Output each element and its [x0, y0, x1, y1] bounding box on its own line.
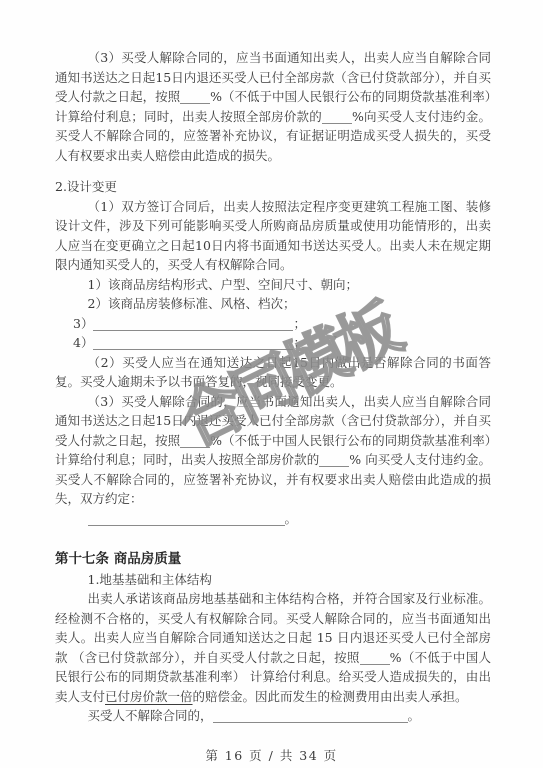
penalty-rate-blank — [322, 120, 352, 124]
no-rescind-blank — [213, 719, 408, 723]
clause-text: 买受人不解除合同的， — [88, 708, 213, 723]
compensation-underlined-text: 已付房价款一倍 — [105, 689, 193, 704]
list-item-blank-3: 3）； — [73, 314, 491, 334]
interest-rate-blank — [360, 661, 390, 665]
foundation-subheading: 1.地基基础和主体结构 — [55, 570, 491, 590]
contract-body: （3）买受人解除合同的，应当书面通知出卖人，出卖人应当自解除合同通知书送达之日起… — [55, 48, 491, 726]
agreement-blank — [88, 522, 285, 526]
list-item-punct: ； — [293, 335, 306, 350]
penalty-rate-blank — [319, 463, 349, 467]
foundation-quality-paragraph: 出卖人承诺该商品房地基基础和主体结构合格，并符合国家及行业标准。 经检测不合格的… — [55, 589, 491, 706]
clause3-refund-paragraph-2: （3）买受人解除合同的，应当书面通知出卖人，出卖人应当自解除合同通知书送达之日起… — [55, 392, 491, 509]
clause3-refund-paragraph: （3）买受人解除合同的，应当书面通知出卖人，出卖人应当自解除合同通知书送达之日起… — [55, 48, 491, 165]
fill-in-blank — [93, 327, 293, 331]
list-item-label: 3） — [73, 316, 93, 331]
clause2-reply-paragraph: （2）买受人应当在通知送达之日起15日内做出是否解除合同的书面答复。买受人逾期未… — [55, 353, 491, 392]
interest-rate-blank — [180, 444, 210, 448]
list-item-decoration: 2）该商品房装修标准、风格、档次； — [55, 294, 491, 314]
clause-text: 的赔偿金。因此而发生的检测费用由出卖人承担。 — [193, 689, 468, 704]
page-footer: 第 16 页 / 共 34 页 — [0, 746, 543, 764]
interest-rate-blank — [180, 100, 210, 104]
list-item-punct: ； — [293, 316, 306, 331]
article-17-title: 第十七条 商品房质量 — [55, 550, 491, 570]
contract-page: 合同模板 （3）买受人解除合同的，应当书面通知出卖人，出卖人应当自解除合同通知书… — [0, 0, 543, 768]
clause-punct: 。 — [408, 708, 421, 723]
no-rescind-blank-line: 买受人不解除合同的，。 — [55, 706, 491, 726]
fill-in-blank — [93, 346, 293, 350]
list-item-structure: 1）该商品房结构形式、户型、空间尺寸、朝向； — [55, 275, 491, 295]
list-item-label: 4） — [73, 335, 93, 350]
clause-punct: 。 — [285, 511, 298, 526]
design-change-clause-1: （1）双方签订合同后，出卖人按照法定程序变更建筑工程施工图、装修设计文件，涉及下… — [55, 197, 491, 275]
list-item-blank-4: 4）； — [73, 333, 491, 353]
design-change-heading: 2.设计变更 — [55, 177, 491, 197]
agreement-blank-line: 。 — [55, 509, 491, 529]
